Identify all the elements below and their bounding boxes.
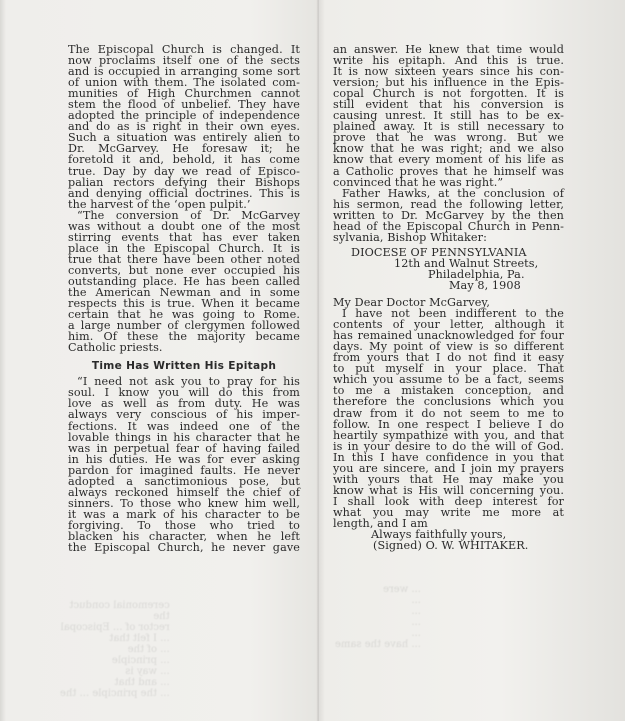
bleed-through-left: ceremonial conducttherector of ... Episc…	[60, 600, 170, 699]
text-line: heartily sympathize with you, and that	[333, 430, 564, 441]
text-line: follow. In one respect I believe I do	[333, 419, 564, 430]
text-line: a Catholic proves that he himself was	[333, 166, 564, 177]
letter-signature: (Signed) O. W. WHITAKER.	[333, 540, 564, 551]
right-column: an answer. He knew that time wouldwrite …	[333, 44, 564, 551]
text-line: convinced that he was right.”	[333, 177, 564, 188]
text-line: fections. It was indeed one of the	[68, 421, 300, 432]
text-line: and denying official doctrines. This is	[68, 188, 300, 199]
text-line: the Episcopal Church, he never gave	[68, 542, 300, 553]
text-line: sylvania, Bishop Whitaker:	[333, 232, 564, 243]
paragraph-conversion: “The conversion of Dr. McGarveywas witho…	[68, 210, 300, 354]
section-heading: Time Has Written His Epitaph	[68, 361, 300, 372]
left-column: The Episcopal Church is changed. Itnow p…	[68, 44, 300, 553]
letter-body: I have not been indifferent to theconten…	[333, 308, 564, 529]
paragraph-episcopal-changed: The Episcopal Church is changed. Itnow p…	[68, 44, 300, 210]
text-line: Father Hawks, at the conclusion of	[333, 188, 564, 199]
text-line: was in perpetual fear of having failed	[68, 443, 300, 454]
paragraph-father-hawks: Father Hawks, at the conclusion ofhis se…	[333, 188, 564, 243]
paragraph-answer: an answer. He knew that time wouldwrite …	[333, 44, 564, 188]
bleed-through-right: ... were............... have the same	[335, 584, 421, 650]
paragraph-epitaph: “I need not ask you to pray for hissoul.…	[68, 376, 300, 553]
text-line: draw from it do not seem to me to	[333, 408, 564, 419]
text-line: palian rectors defying their Bishops	[68, 177, 300, 188]
text-line: foretold it and, behold, it has come	[68, 154, 300, 165]
text-line: know that every moment of his life as	[333, 154, 564, 165]
text-line: lovable things in his character that he	[68, 432, 300, 443]
page-fold	[317, 0, 320, 721]
letterhead-date: May 8, 1908	[333, 280, 564, 291]
text-line: true. Day by day we read of Episco-	[68, 166, 300, 177]
text-line: Catholic priests.	[68, 342, 300, 353]
text-line: therefore the conclusions which you	[333, 396, 564, 407]
text-line: always very conscious of his imper-	[68, 409, 300, 420]
